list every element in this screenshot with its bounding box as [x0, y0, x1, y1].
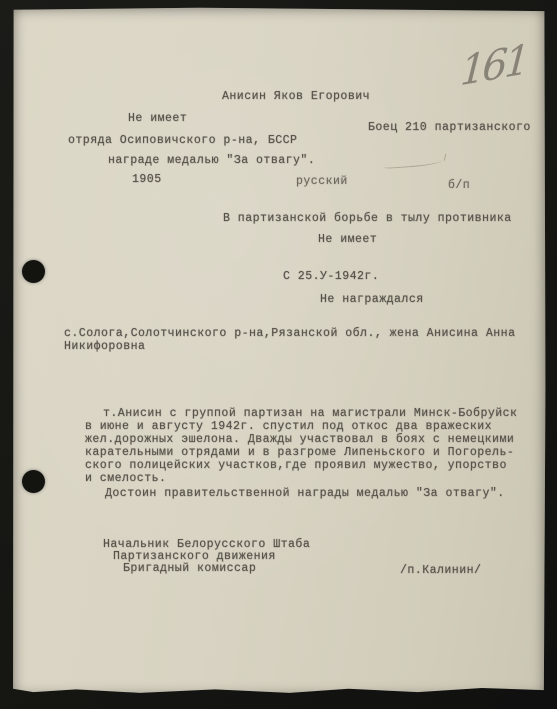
citation-line: жел.дорожных эшелона. Дважды участвовал … [85, 433, 514, 446]
signature-title-line3: Бригадный комиссар [123, 562, 256, 575]
citation-line: в июне и августу 1942г. спустил под отко… [85, 420, 492, 433]
field-has-not-1: Не имеет [128, 112, 187, 125]
punch-hole-top [22, 260, 45, 283]
field-in-army-since: С 25.У-1942г. [283, 270, 379, 283]
field-nationality: русский [296, 175, 348, 188]
document-page: 161 Анисин Яков Егорович Не имеет Боец 2… [12, 7, 546, 697]
conclusion-line: Достоин правительственной награды медаль… [105, 487, 505, 500]
punch-hole-bottom [22, 470, 45, 493]
signature-name: /п.Калинин/ [400, 564, 481, 577]
pencil-mark [384, 157, 442, 169]
field-unit-line2: отряда Осиповичского р-на, БССР [68, 134, 297, 147]
field-award-nomination: награде медалью "За отвагу". [108, 154, 315, 167]
scan-backdrop: 161 Анисин Яков Егорович Не имеет Боец 2… [0, 0, 557, 709]
handwritten-page-number: 161 [459, 37, 529, 96]
field-not-awarded: Не награждался [320, 293, 424, 306]
field-has-not-2: Не имеет [318, 233, 377, 246]
field-unit-line1: Боец 210 партизанского [368, 121, 531, 134]
citation-line: карательными отрядами и в разгроме Липен… [85, 446, 514, 459]
field-party-status: б/п [448, 179, 470, 192]
field-participation: В партизанской борьбе в тылу противника [223, 212, 512, 225]
field-birth-year: 1905 [132, 173, 162, 186]
document-title: Анисин Яков Егорович [222, 90, 370, 103]
field-address-line1: с.Солога,Солотчинского р-на,Рязанской об… [64, 327, 515, 340]
citation-line: т.Анисин с группой партизан на магистрал… [103, 407, 517, 420]
citation-line: и смелость. [85, 472, 166, 485]
field-address-line2: Никифоровна [64, 340, 145, 353]
citation-line: ского полицейских участков,где проявил м… [85, 459, 507, 472]
